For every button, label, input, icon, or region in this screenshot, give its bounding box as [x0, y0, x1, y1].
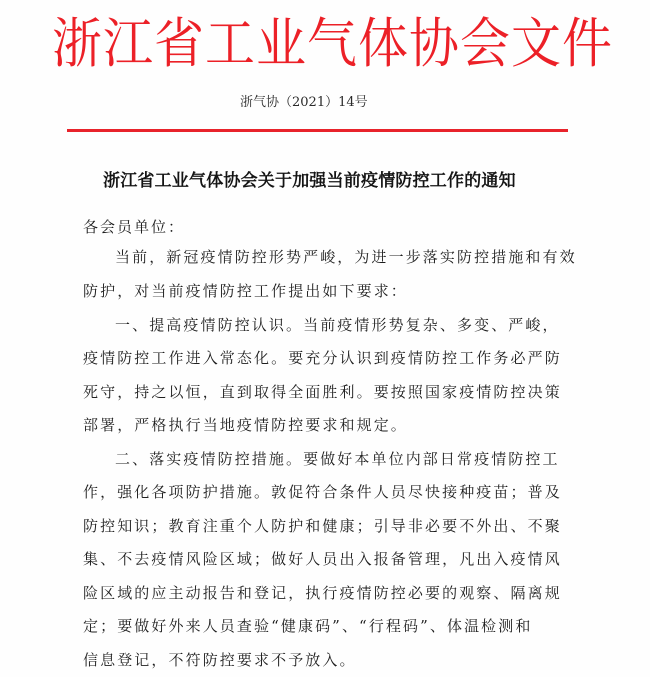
org-document-header: 浙江省工业气体协会文件 — [52, 10, 562, 77]
body-paragraph-line: 防控知识；教育注重个人防护和健康；引导非必要不外出、不聚 — [83, 516, 562, 536]
section-one-heading-line: 一、提高疫情防控认识。当前疫情形势复杂、多变、严峻， — [115, 315, 560, 335]
document-number: 浙气协（2021）14号 — [240, 94, 368, 112]
body-paragraph-line: 部署，严格执行当地疫情防控要求和规定。 — [83, 415, 408, 435]
body-paragraph-line: 防护，对当前疫情防控工作提出如下要求： — [83, 281, 408, 301]
body-paragraph-line: 集、不去疫情风险区域；做好人员出入报备管理，凡出入疫情风 — [83, 549, 562, 569]
body-paragraph-line: 定；要做好外来人员查验“健康码”、“行程码”、体温检测和 — [83, 616, 532, 636]
section-two-heading-line: 二、落实疫情防控措施。要做好本单位内部日常疫情防控工 — [115, 449, 560, 469]
body-paragraph-line: 死守，持之以恒，直到取得全面胜利。要按照国家疫情防控决策 — [83, 382, 562, 402]
body-paragraph-line: 险区域的应主动报告和登记，执行疫情防控必要的观察、隔离规 — [83, 583, 562, 603]
red-divider-line — [67, 129, 568, 132]
body-paragraph-line: 疫情防控工作进入常态化。要充分认识到疫情防控工作务必严防 — [83, 348, 562, 368]
notice-title: 浙江省工业气体协会关于加强当前疫情防控工作的通知 — [103, 170, 516, 192]
document-page: 浙江省工业气体协会文件 浙气协（2021）14号 浙江省工业气体协会关于加强当前… — [0, 0, 650, 677]
body-paragraph-line: 作，强化各项防护措施。敦促符合条件人员尽快接种疫苗；普及 — [83, 482, 562, 502]
body-paragraph-line: 当前，新冠疫情防控形势严峻，为进一步落实防控措施和有效 — [115, 247, 577, 267]
body-paragraph-line: 信息登记，不符防控要求不予放入。 — [83, 650, 357, 670]
salutation: 各会员单位： — [83, 217, 185, 237]
